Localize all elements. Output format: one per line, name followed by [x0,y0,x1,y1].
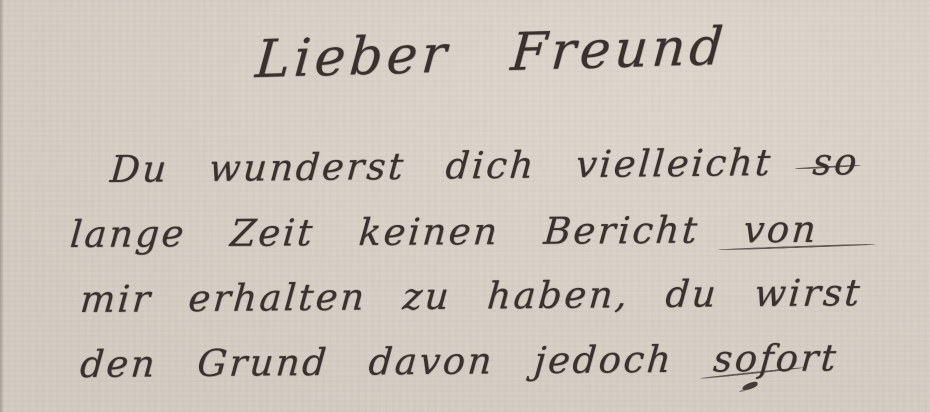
letter-line: den Grund davon jedoch sofort [79,336,840,386]
letter-salutation: Lieber Freund [253,17,729,90]
letter-line: Du wunderst dich vielleicht so [109,140,861,191]
ink-dot [741,381,758,392]
letter-line: lange Zeit keinen Bericht von [69,208,820,256]
scan-edge-shadow [0,0,4,412]
letter-line: mir erhalten zu haben, du wirst [79,271,864,321]
letter-page: Lieber Freund Du wunderst dich vielleich… [0,0,930,412]
